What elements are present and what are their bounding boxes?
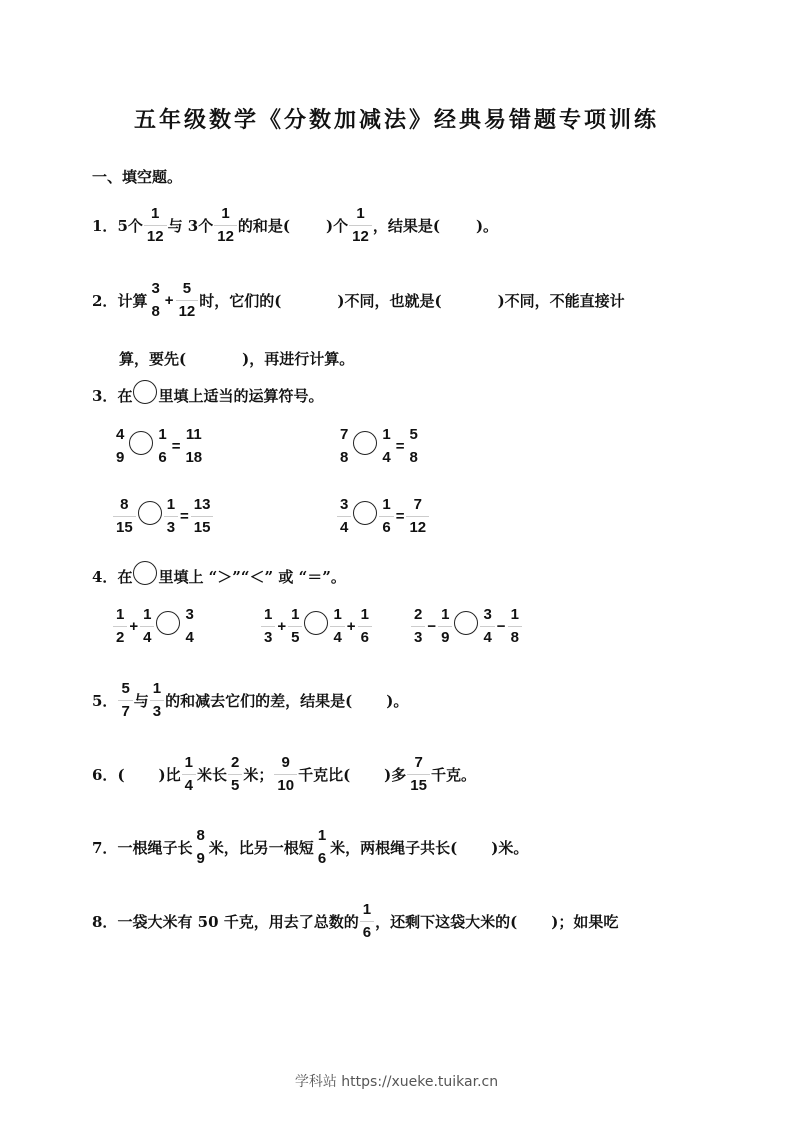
denominator: 2 (113, 629, 127, 647)
question-text: 时，它们的( (199, 290, 281, 311)
fraction-bar (214, 225, 237, 226)
denominator: 3 (164, 519, 178, 537)
fraction: 25 (228, 754, 242, 795)
fraction: 49 (113, 426, 127, 467)
fraction-bar (148, 300, 162, 301)
denominator: 8 (508, 629, 522, 647)
numerator: 5 (118, 680, 132, 698)
numerator: 7 (337, 426, 351, 444)
fraction: 19 (438, 606, 452, 647)
q4-item-2: 13 + 15 14 + 16 (260, 606, 373, 647)
fraction: 38 (148, 280, 162, 321)
plus-operator: + (277, 618, 286, 635)
minus-operator: − (427, 618, 436, 635)
numerator: 1 (140, 606, 154, 624)
question-text: )个 (326, 215, 348, 236)
fraction: 16 (360, 901, 374, 942)
question-number: 3． (92, 385, 117, 406)
question-text: )米。 (491, 837, 528, 858)
fraction-bar (379, 446, 393, 447)
fraction-bar (182, 774, 196, 775)
question-text: 一袋大米有 50 千克，用去了总数的 (117, 911, 358, 932)
denominator: 9 (193, 850, 207, 868)
denominator: 8 (406, 449, 420, 467)
fraction-bar (337, 446, 351, 447)
fraction-bar (411, 626, 425, 627)
question-1: 1． 5个 112 与 3个 112 的和是( )个 112 ，结果是( )。 (92, 205, 498, 246)
fraction: 14 (182, 754, 196, 795)
fraction-bar (337, 516, 351, 517)
numerator: 2 (411, 606, 425, 624)
numerator: 3 (182, 606, 196, 624)
fraction-bar (407, 774, 430, 775)
plus-operator: + (347, 618, 356, 635)
fraction: 1118 (182, 426, 205, 467)
question-text: 米长 (197, 764, 227, 785)
fraction: 78 (337, 426, 351, 467)
question-5: 5． 57 与 13 的和减去它们的差，结果是( )。 (92, 680, 408, 721)
denominator: 12 (214, 228, 237, 246)
question-text: 与 3个 (168, 215, 214, 236)
denominator: 4 (140, 629, 154, 647)
fraction-bar (118, 700, 132, 701)
plus-operator: + (165, 292, 174, 309)
fraction-bar (193, 847, 207, 848)
fraction-bar (140, 626, 154, 627)
question-number: 1． (92, 215, 117, 236)
denominator: 3 (150, 703, 164, 721)
question-text: 一根绳子长 (117, 837, 192, 858)
fraction-bar (182, 446, 205, 447)
numerator: 1 (182, 754, 196, 772)
fraction: 18 (508, 606, 522, 647)
question-text: 在 (117, 566, 132, 587)
question-number: 4． (92, 566, 117, 587)
fraction-bar (406, 446, 420, 447)
circle-icon (133, 561, 157, 585)
q3-item-4: 34 16 = 712 (336, 496, 430, 537)
question-text: )。 (386, 690, 408, 711)
worksheet-page: 五年级数学《分数加减法》经典易错题专项训练 一、填空题。 1． 5个 112 与… (0, 0, 793, 1122)
fraction: 14 (330, 606, 344, 647)
fraction: 34 (182, 606, 196, 647)
denominator: 7 (118, 703, 132, 721)
numerator: 1 (438, 606, 452, 624)
numerator: 1 (150, 680, 164, 698)
fraction: 112 (144, 205, 167, 246)
fraction: 16 (358, 606, 372, 647)
numerator: 1 (155, 426, 169, 444)
answer-circle[interactable] (353, 501, 377, 525)
fraction: 715 (407, 754, 430, 795)
numerator: 7 (411, 496, 425, 514)
q4-item-3: 23 − 19 34 − 18 (410, 606, 523, 647)
denominator: 4 (337, 519, 351, 537)
question-4: 4． 在 里填上 “＞”“＜” 或 “＝”。 (92, 566, 346, 587)
question-2: 2． 计算 38 + 512 时，它们的( )不同，也就是( )不同，不能直接计 (92, 280, 625, 321)
fraction: 13 (164, 496, 178, 537)
question-text: )，再进行计算。 (242, 348, 354, 369)
question-text: 米； (243, 764, 273, 785)
fraction: 16 (379, 496, 393, 537)
fraction: 13 (150, 680, 164, 721)
numerator: 1 (330, 606, 344, 624)
plus-operator: + (129, 618, 138, 635)
denominator: 3 (411, 629, 425, 647)
answer-circle[interactable] (454, 611, 478, 635)
denominator: 5 (288, 629, 302, 647)
q3-item-2: 78 14 = 58 (336, 426, 422, 467)
denominator: 18 (182, 449, 205, 467)
question-7: 7． 一根绳子长 89 米，比另一根短 16 米，两根绳子共长( )米。 (92, 827, 528, 868)
fraction: 57 (118, 680, 132, 721)
fraction-bar (274, 774, 297, 775)
question-text: 米，比另一根短 (209, 837, 314, 858)
question-text: 里填上适当的运算符号。 (158, 385, 323, 406)
question-text: )比 (159, 764, 181, 785)
q4-item-1: 12 + 14 34 (112, 606, 198, 647)
fraction-bar (288, 626, 302, 627)
numerator: 1 (360, 901, 374, 919)
answer-circle[interactable] (156, 611, 180, 635)
question-3: 3． 在 里填上适当的运算符号。 (92, 385, 323, 406)
numerator: 1 (353, 205, 367, 223)
numerator: 8 (193, 827, 207, 845)
question-text: 在 (117, 385, 132, 406)
fraction-bar (191, 516, 214, 517)
denominator: 12 (176, 303, 199, 321)
fraction: 89 (193, 827, 207, 868)
numerator: 5 (180, 280, 194, 298)
fraction-bar (379, 516, 393, 517)
question-text: 的和是( (238, 215, 290, 236)
denominator: 10 (274, 777, 297, 795)
denominator: 15 (407, 777, 430, 795)
question-number: 6． (92, 764, 117, 785)
denominator: 6 (379, 519, 393, 537)
denominator: 6 (360, 924, 374, 942)
numerator: 1 (379, 496, 393, 514)
q3-item-1: 49 16 = 1118 (112, 426, 206, 467)
numerator: 3 (148, 280, 162, 298)
fraction: 112 (214, 205, 237, 246)
fraction: 815 (113, 496, 136, 537)
denominator: 8 (337, 449, 351, 467)
question-text: 的和减去它们的差，结果是( (165, 690, 352, 711)
denominator: 12 (406, 519, 429, 537)
footer-watermark: 学科站 https://xueke.tuikar.cn (0, 1071, 793, 1091)
fraction: 16 (155, 426, 169, 467)
question-number: 7． (92, 837, 117, 858)
denominator: 6 (358, 629, 372, 647)
fraction-bar (349, 225, 372, 226)
q3-item-3: 815 13 = 1315 (112, 496, 214, 537)
numerator: 1 (113, 606, 127, 624)
fraction: 13 (261, 606, 275, 647)
numerator: 8 (117, 496, 131, 514)
denominator: 15 (191, 519, 214, 537)
equals-operator: = (396, 508, 405, 525)
fraction-bar (330, 626, 344, 627)
numerator: 1 (315, 827, 329, 845)
fraction-bar (480, 626, 494, 627)
numerator: 1 (218, 205, 232, 223)
numerator: 3 (337, 496, 351, 514)
fraction: 712 (406, 496, 429, 537)
question-text: 计算 (117, 290, 147, 311)
fraction: 58 (406, 426, 420, 467)
denominator: 8 (148, 303, 162, 321)
fraction: 512 (176, 280, 199, 321)
minus-operator: − (497, 618, 506, 635)
question-text: 5个 (117, 215, 142, 236)
numerator: 1 (508, 606, 522, 624)
fraction-bar (261, 626, 275, 627)
fraction: 12 (113, 606, 127, 647)
answer-circle[interactable] (138, 501, 162, 525)
fraction: 1315 (191, 496, 214, 537)
circle-icon (133, 380, 157, 404)
fraction-bar (150, 700, 164, 701)
numerator: 1 (288, 606, 302, 624)
denominator: 9 (113, 449, 127, 467)
question-number: 5． (92, 690, 117, 711)
numerator: 1 (164, 496, 178, 514)
denominator: 4 (480, 629, 494, 647)
question-text: 里填上 “＞”“＜” 或 “＝”。 (158, 566, 345, 587)
numerator: 3 (480, 606, 494, 624)
question-2-continued: 算，要先( )，再进行计算。 (119, 348, 354, 369)
denominator: 12 (144, 228, 167, 246)
numerator: 2 (228, 754, 242, 772)
question-text: ( (117, 766, 124, 784)
fraction-bar (315, 847, 329, 848)
denominator: 4 (330, 629, 344, 647)
numerator: 5 (406, 426, 420, 444)
denominator: 4 (182, 777, 196, 795)
fraction-bar (182, 626, 196, 627)
answer-circle[interactable] (304, 611, 328, 635)
fraction: 112 (349, 205, 372, 246)
question-text: ，结果是( (373, 215, 440, 236)
numerator: 13 (191, 496, 214, 514)
equals-operator: = (172, 438, 181, 455)
fraction-bar (113, 446, 127, 447)
fraction-bar (155, 446, 169, 447)
numerator: 1 (358, 606, 372, 624)
question-number: 8． (92, 911, 117, 932)
equals-operator: = (396, 438, 405, 455)
question-text: 千克比( (298, 764, 350, 785)
fraction: 14 (379, 426, 393, 467)
question-text: )不同，也就是( (337, 290, 441, 311)
fraction-bar (113, 516, 136, 517)
fraction-bar (228, 774, 242, 775)
page-title: 五年级数学《分数加减法》经典易错题专项训练 (0, 103, 793, 134)
question-6: 6． ( )比 14 米长 25 米； 910 千克比( )多 715 千克。 (92, 754, 476, 795)
section-heading: 一、填空题。 (92, 166, 182, 187)
numerator: 1 (148, 205, 162, 223)
fraction: 16 (315, 827, 329, 868)
denominator: 6 (315, 850, 329, 868)
question-text: 千克。 (431, 764, 476, 785)
denominator: 3 (261, 629, 275, 647)
fraction: 910 (274, 754, 297, 795)
question-text: )。 (476, 215, 498, 236)
denominator: 5 (228, 777, 242, 795)
answer-circle[interactable] (353, 431, 377, 455)
fraction-bar (144, 225, 167, 226)
question-text: ，还剩下这袋大米的( (375, 911, 517, 932)
fraction: 14 (140, 606, 154, 647)
numerator: 11 (183, 426, 205, 444)
fraction-bar (164, 516, 178, 517)
fraction-bar (508, 626, 522, 627)
question-8: 8． 一袋大米有 50 千克，用去了总数的 16 ，还剩下这袋大米的( )；如果… (92, 901, 618, 942)
numerator: 1 (261, 606, 275, 624)
fraction: 34 (337, 496, 351, 537)
numerator: 1 (379, 426, 393, 444)
denominator: 9 (438, 629, 452, 647)
fraction-bar (360, 921, 374, 922)
fraction-bar (358, 626, 372, 627)
fraction-bar (406, 516, 429, 517)
denominator: 15 (113, 519, 136, 537)
equals-operator: = (180, 508, 189, 525)
question-text: )不同，不能直接计 (498, 290, 625, 311)
denominator: 4 (182, 629, 196, 647)
fraction: 15 (288, 606, 302, 647)
question-text: 算，要先( (119, 348, 186, 369)
numerator: 9 (279, 754, 293, 772)
denominator: 4 (379, 449, 393, 467)
fraction: 23 (411, 606, 425, 647)
denominator: 6 (155, 449, 169, 467)
question-text: 米，两根绳子共长( (330, 837, 457, 858)
numerator: 7 (411, 754, 425, 772)
fraction-bar (176, 300, 199, 301)
fraction: 34 (480, 606, 494, 647)
denominator: 12 (349, 228, 372, 246)
question-number: 2． (92, 290, 117, 311)
fraction-bar (113, 626, 127, 627)
question-text: 与 (134, 690, 149, 711)
fraction-bar (438, 626, 452, 627)
numerator: 4 (113, 426, 127, 444)
question-text: )；如果吃 (551, 911, 618, 932)
answer-circle[interactable] (129, 431, 153, 455)
question-text: )多 (384, 764, 406, 785)
